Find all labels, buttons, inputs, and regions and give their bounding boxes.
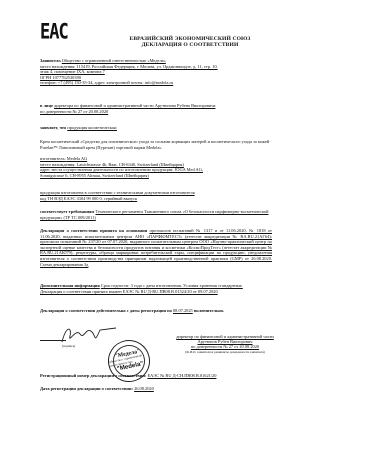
declaration-page: EAC ЕВРАЗИЙСКИЙ ЭКОНОМИЧЕСКИЙ СОЮЗ ДЕКЛА… <box>0 0 375 450</box>
declares-section: заявляет, что продукция косметическая: <box>40 125 272 131</box>
declares-label: заявляет, что <box>40 125 66 130</box>
stamp-top: "Медела" <box>114 349 141 360</box>
basis-label: Декларация о соответствии принята на осн… <box>40 228 147 233</box>
representative-section: в лице директора по финансовой и админис… <box>40 103 272 114</box>
conformity-label: соответствует требованиям <box>40 209 94 214</box>
validity-text: Декларация о соответствии действительна … <box>40 308 172 313</box>
additional-section: Дополнительная информация Срок годности:… <box>40 283 272 294</box>
manufacturer-name: Medela AG <box>67 156 87 161</box>
basis-section: Декларация о соответствии принята на осн… <box>40 228 272 267</box>
registration-number: ЕАЭС № RU Д-CH.ПВ08.В.01621/20 <box>147 373 216 378</box>
additional-previous: Декларация о соответствии принята взамен… <box>40 289 272 295</box>
document-title: ЕВРАЗИЙСКИЙ ЭКОНОМИЧЕСКИЙ СОЮЗ ДЕКЛАРАЦИ… <box>90 36 290 49</box>
applicant-name: Общество с ограниченной ответственностью… <box>62 58 166 63</box>
applicant-label: Заявитель <box>40 58 61 63</box>
validity-date: 08.07.2025 <box>173 308 193 313</box>
title-declaration: ДЕКЛАРАЦИЯ О СООТВЕТСТВИИ <box>90 42 290 48</box>
product-kind: продукция косметическая: <box>67 125 117 130</box>
product-description: Крем косметический «Средство для гигиени… <box>40 139 272 150</box>
registration-date-row: Дата регистрации декларации о соответств… <box>40 386 300 392</box>
representative-person: директора по финансовой и административн… <box>54 103 215 108</box>
manufacturer-section: изготовитель: Medela AG место нахождения… <box>40 156 272 178</box>
registration-date-label: Дата регистрации декларации о соответств… <box>40 386 133 391</box>
validity-section: Декларация о соответствии действительна … <box>40 308 272 314</box>
registration-number-row: Регистрационный номер декларации о соотв… <box>40 373 300 379</box>
manufacturer-label: изготовитель: <box>40 156 66 161</box>
eac-logo: EAC <box>40 20 68 45</box>
basis-text: протоколов испытаний № 1317 и от 11.06.2… <box>40 228 272 267</box>
additional-label: Дополнительная информация <box>40 283 100 288</box>
representative-prefix: в лице <box>40 103 53 108</box>
signer-caption: (Ф.И.О. заявителя и реквизиты довереннос… <box>160 350 290 355</box>
signature-line <box>40 340 66 341</box>
signature-caption: (подпись) <box>62 344 75 348</box>
signer-block: директор по финансовой и административно… <box>160 334 290 355</box>
representative-poa: по доверенности № 27 от 20.08.2020 <box>40 109 272 115</box>
stamp-middle: Общество с ограниченной ответственностью <box>109 353 150 368</box>
applicant-contacts: телефон: +7 (495) 150-35-34, адрес элект… <box>40 80 272 86</box>
production-section: продукция изготовлена в соответствии с т… <box>40 190 272 201</box>
stamp-bottom: "Medela" <box>117 361 145 373</box>
production-line-2: код ТН ВЭД ЕАЭС 3304 99 000 0, серийный … <box>40 196 272 202</box>
applicant-section: Заявитель Общество с ограниченной ответс… <box>40 58 272 86</box>
conformity-section: соответствует требованиям Технического р… <box>40 209 272 220</box>
validity-suffix: включительно. <box>194 308 224 313</box>
registration-date: 26.08.2020 <box>134 386 154 391</box>
registration-number-label: Регистрационный номер декларации о соотв… <box>40 373 146 378</box>
additional-text: Срок годности: 3 года с даты изготовлени… <box>101 283 243 288</box>
manufacturer-production-address-2: Sonnigstrasse 6, CH-8955 Altmau, Switzer… <box>40 173 272 179</box>
